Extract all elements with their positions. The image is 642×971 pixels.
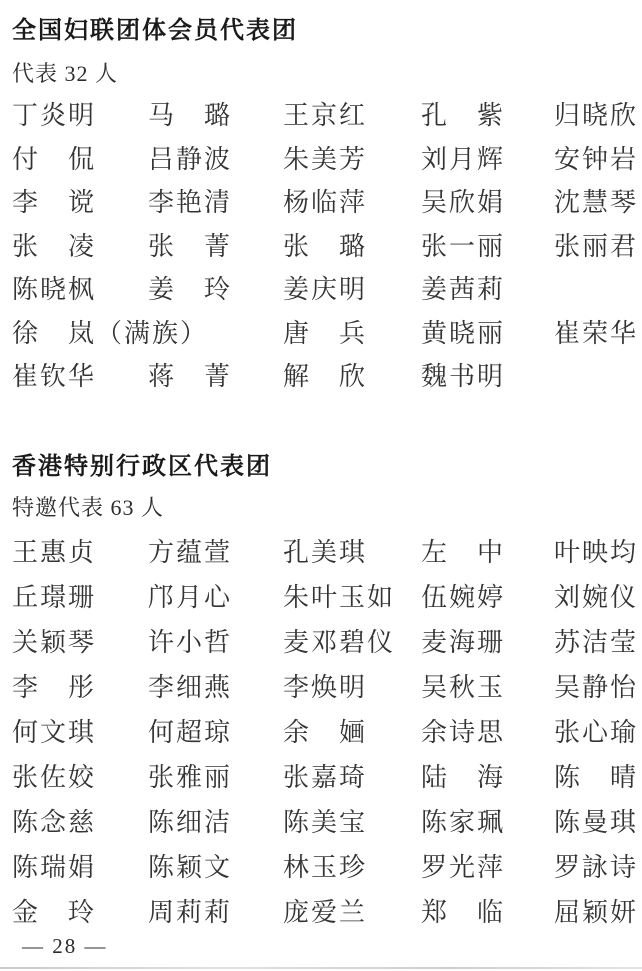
delegate-name: 张丽君 bbox=[554, 225, 638, 269]
delegate-row: 李 谠李艳清杨临萍吴欣娟沈慧琴 bbox=[12, 181, 628, 225]
delegate-name: 付 侃 bbox=[12, 138, 148, 182]
delegate-name: 朱叶玉如 bbox=[283, 575, 421, 620]
delegation-title-hong-kong: 香港特别行政区代表团 bbox=[12, 399, 628, 482]
delegate-name: 魏书明 bbox=[421, 355, 554, 399]
delegate-name bbox=[554, 268, 628, 312]
delegate-name: 左 中 bbox=[421, 530, 554, 575]
delegate-name: 张 璐 bbox=[283, 225, 421, 269]
delegate-row: 陈瑞娟陈颖文林玉珍罗光萍罗詠诗 bbox=[12, 845, 628, 890]
delegate-name: 周莉莉 bbox=[148, 890, 283, 935]
delegate-list-women-federation: 丁炎明马 璐王京红孔 紫归晓欣付 侃吕静波朱美芳刘月辉安钟岩李 谠李艳清杨临萍吴… bbox=[12, 87, 628, 399]
delegate-row: 付 侃吕静波朱美芳刘月辉安钟岩 bbox=[12, 138, 628, 182]
delegate-list-hong-kong: 王惠贞方蕴萱孔美琪左 中叶映均丘璟珊邝月心朱叶玉如伍婉婷刘婉仪关颖琴许小哲麦邓碧… bbox=[12, 521, 628, 935]
delegate-name: 李艳清 bbox=[148, 181, 283, 225]
page-number: — 28 — bbox=[22, 934, 108, 959]
delegate-name: 陈曼琪 bbox=[554, 800, 638, 845]
delegate-row: 王惠贞方蕴萱孔美琪左 中叶映均 bbox=[12, 530, 628, 575]
delegate-name: 陈细洁 bbox=[148, 800, 283, 845]
delegate-name: 张嘉琦 bbox=[283, 755, 421, 800]
delegate-name: 姜庆明 bbox=[283, 268, 421, 312]
delegate-name: 张雅丽 bbox=[148, 755, 283, 800]
delegate-name: 陈瑞娟 bbox=[12, 845, 148, 890]
delegate-name: 解 欣 bbox=[283, 355, 421, 399]
delegate-name: 陈颖文 bbox=[148, 845, 283, 890]
delegate-name: 陈晓枫 bbox=[12, 268, 148, 312]
delegation-title-women-federation: 全国妇联团体会员代表团 bbox=[12, 0, 628, 46]
delegate-name: 麦邓碧仪 bbox=[283, 620, 421, 665]
delegate-name: 余 婳 bbox=[283, 710, 421, 755]
delegate-row: 金 玲周莉莉庞爱兰郑 临屈颖妍 bbox=[12, 890, 628, 935]
delegate-name: 马 璐 bbox=[148, 94, 283, 138]
delegate-name: 李焕明 bbox=[283, 665, 421, 710]
delegate-row: 崔钦华蒋 菁解 欣魏书明 bbox=[12, 355, 628, 399]
delegate-name: 刘婉仪 bbox=[554, 575, 638, 620]
delegate-name: 陈家珮 bbox=[421, 800, 554, 845]
delegate-name: 邝月心 bbox=[148, 575, 283, 620]
delegate-name: 吴欣娟 bbox=[421, 181, 554, 225]
delegate-name: 陈美宝 bbox=[283, 800, 421, 845]
delegate-name: 罗光萍 bbox=[421, 845, 554, 890]
delegate-name: 余诗思 bbox=[421, 710, 554, 755]
delegate-name: 苏洁莹 bbox=[554, 620, 638, 665]
delegate-name: 朱美芳 bbox=[283, 138, 421, 182]
delegate-name: 陆 海 bbox=[421, 755, 554, 800]
delegate-name: 安钟岩 bbox=[554, 138, 638, 182]
delegate-row: 丘璟珊邝月心朱叶玉如伍婉婷刘婉仪 bbox=[12, 575, 628, 620]
delegate-name: 伍婉婷 bbox=[421, 575, 554, 620]
delegate-name: 李 彤 bbox=[12, 665, 148, 710]
delegate-row: 关颖琴许小哲麦邓碧仪麦海珊苏洁莹 bbox=[12, 620, 628, 665]
delegate-name: 张心瑜 bbox=[554, 710, 638, 755]
delegate-name: 罗詠诗 bbox=[554, 845, 638, 890]
delegate-name: 方蕴萱 bbox=[148, 530, 283, 575]
delegate-name: 关颖琴 bbox=[12, 620, 148, 665]
delegate-name: 沈慧琴 bbox=[554, 181, 638, 225]
delegate-name: 麦海珊 bbox=[421, 620, 554, 665]
delegate-name: 刘月辉 bbox=[421, 138, 554, 182]
delegate-name: 庞爱兰 bbox=[283, 890, 421, 935]
delegate-name: 黄晓丽 bbox=[421, 312, 554, 356]
delegate-name: 屈颖妍 bbox=[554, 890, 638, 935]
delegate-name: 李 谠 bbox=[12, 181, 148, 225]
delegate-row: 丁炎明马 璐王京红孔 紫归晓欣 bbox=[12, 94, 628, 138]
delegate-row: 何文琪何超琼余 婳余诗思张心瑜 bbox=[12, 710, 628, 755]
delegate-name: 崔钦华 bbox=[12, 355, 148, 399]
delegate-name bbox=[554, 355, 628, 399]
delegate-name: 何文琪 bbox=[12, 710, 148, 755]
delegate-name: 金 玲 bbox=[12, 890, 148, 935]
delegate-row: 李 彤李细燕李焕明吴秋玉吴静怡 bbox=[12, 665, 628, 710]
delegate-name: 张 凌 bbox=[12, 225, 148, 269]
document-page: 全国妇联团体会员代表团 代表 32 人 丁炎明马 璐王京红孔 紫归晓欣付 侃吕静… bbox=[0, 0, 642, 971]
delegate-name: 丁炎明 bbox=[12, 94, 148, 138]
delegate-row: 徐 岚（满族）唐 兵黄晓丽崔荣华 bbox=[12, 312, 628, 356]
delegate-count-hong-kong: 特邀代表 63 人 bbox=[12, 482, 628, 521]
delegate-name: 孔美琪 bbox=[283, 530, 421, 575]
delegate-name: 张 菁 bbox=[148, 225, 283, 269]
delegate-name: 叶映均 bbox=[554, 530, 638, 575]
delegate-name: 丘璟珊 bbox=[12, 575, 148, 620]
delegate-name: 林玉珍 bbox=[283, 845, 421, 890]
delegate-name: 归晓欣 bbox=[554, 94, 638, 138]
delegate-name: 郑 临 bbox=[421, 890, 554, 935]
delegate-name: 姜 玲 bbox=[148, 268, 283, 312]
delegate-count-women-federation: 代表 32 人 bbox=[12, 46, 628, 87]
delegate-name: 陈念慈 bbox=[12, 800, 148, 845]
delegate-name: 唐 兵 bbox=[283, 312, 421, 356]
delegate-name: 吴静怡 bbox=[554, 665, 638, 710]
delegate-name: 蒋 菁 bbox=[148, 355, 283, 399]
delegate-name: 吴秋玉 bbox=[421, 665, 554, 710]
delegate-name: 王惠贞 bbox=[12, 530, 148, 575]
delegate-name: 王京红 bbox=[283, 94, 421, 138]
delegate-name: 何超琼 bbox=[148, 710, 283, 755]
delegate-name: 姜茜莉 bbox=[421, 268, 554, 312]
delegate-name: 陈 晴 bbox=[554, 755, 638, 800]
delegate-name: 崔荣华 bbox=[554, 312, 638, 356]
delegate-name: 徐 岚（满族） bbox=[12, 312, 283, 356]
delegate-name: 孔 紫 bbox=[421, 94, 554, 138]
delegate-name: 张佐姣 bbox=[12, 755, 148, 800]
delegate-row: 陈晓枫姜 玲姜庆明姜茜莉 bbox=[12, 268, 628, 312]
page-bottom-edge-line bbox=[0, 967, 642, 969]
delegate-row: 陈念慈陈细洁陈美宝陈家珮陈曼琪 bbox=[12, 800, 628, 845]
delegate-row: 张 凌张 菁张 璐张一丽张丽君 bbox=[12, 225, 628, 269]
delegate-name: 许小哲 bbox=[148, 620, 283, 665]
delegate-name: 李细燕 bbox=[148, 665, 283, 710]
delegate-name: 吕静波 bbox=[148, 138, 283, 182]
delegate-row: 张佐姣张雅丽张嘉琦陆 海陈 晴 bbox=[12, 755, 628, 800]
delegate-name: 张一丽 bbox=[421, 225, 554, 269]
delegate-name: 杨临萍 bbox=[283, 181, 421, 225]
